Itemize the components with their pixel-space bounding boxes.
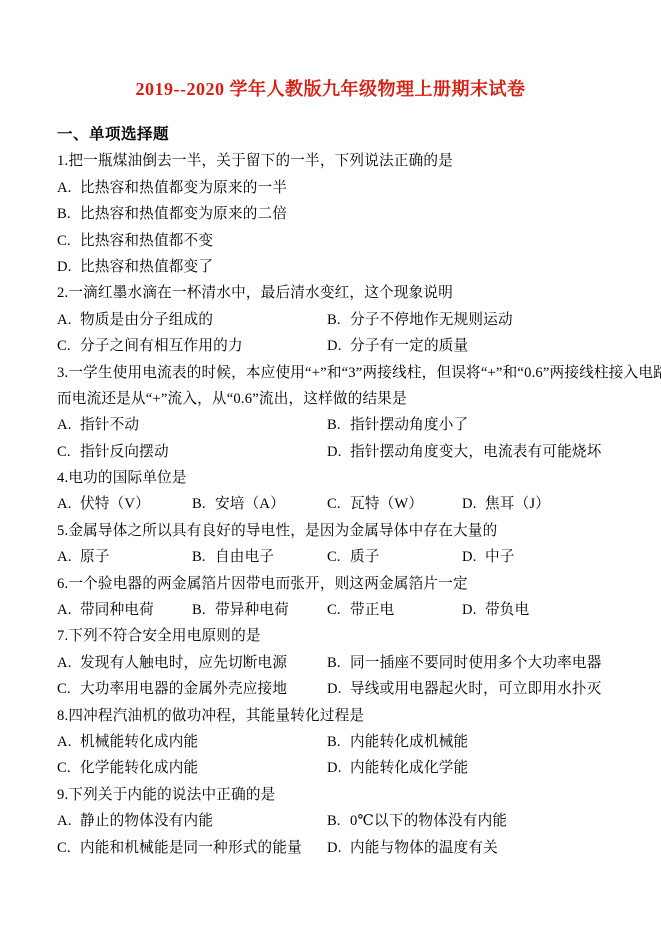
option-text: 瓦特（W） (350, 491, 423, 517)
option-letter: A. (57, 491, 80, 517)
section-heading: 一、单项选择题 (57, 122, 620, 148)
option-text: 化学能转化成内能 (80, 755, 198, 781)
question-text: 而电流还是从“+”流入，从“0.6”流出，这样做的结果是 (57, 386, 620, 412)
option-text: 大功率用电器的金属外壳应接地 (80, 676, 287, 702)
option: D.内能转化成化学能 (327, 755, 620, 781)
option: B.指针摆动角度小了 (327, 412, 620, 438)
option-text: 伏特（V） (80, 491, 150, 517)
option: C.内能和机械能是同一种形式的能量 (57, 835, 327, 861)
option: D.中子 (462, 544, 620, 570)
option-text: 比热容和热值都变为原来的一半 (80, 175, 287, 201)
question-text: 9.下列关于内能的说法中正确的是 (57, 782, 620, 808)
option: C.带正电 (327, 597, 462, 623)
option: A.带同种电荷 (57, 597, 192, 623)
option-letter: C. (57, 439, 80, 465)
option-letter: C. (327, 544, 350, 570)
question-text: 4.电功的国际单位是 (57, 465, 620, 491)
option: D.指针摆动角度变大，电流表有可能烧坏 (327, 439, 620, 465)
option-letter: C. (57, 835, 80, 861)
option: D.带负电 (462, 597, 620, 623)
option-letter: B. (192, 597, 215, 623)
question-block: 6.一个验电器的两金属箔片因带电而张开，则这两金属箔片一定A.带同种电荷B.带异… (57, 571, 620, 624)
option: B.分子不停地作无规则运动 (327, 307, 620, 333)
option-text: 内能转化成化学能 (350, 755, 468, 781)
question-text: 5.金属导体之所以具有良好的导电性，是因为金属导体中存在大量的 (57, 518, 620, 544)
question-block: 4.电功的国际单位是A.伏特（V）B.安培（A）C.瓦特（W）D.焦耳（J） (57, 465, 620, 518)
option-text: 比热容和热值都变了 (80, 254, 213, 280)
option-letter: B. (192, 491, 215, 517)
option: D.导线或用电器起火时，可立即用水扑灭 (327, 676, 620, 702)
option-letter: C. (57, 333, 80, 359)
option: A.机械能转化成内能 (57, 729, 327, 755)
option-row: A.比热容和热值都变为原来的一半 (57, 175, 620, 201)
question-block: 2.一滴红墨水滴在一杯清水中，最后清水变红，这个现象说明A.物质是由分子组成的B… (57, 280, 620, 359)
option-text: 指针反向摆动 (80, 439, 169, 465)
option: D.比热容和热值都变了 (57, 254, 620, 280)
option: A.指针不动 (57, 412, 327, 438)
option-text: 分子之间有相互作用的力 (80, 333, 243, 359)
option-row: C.大功率用电器的金属外壳应接地D.导线或用电器起火时，可立即用水扑灭 (57, 676, 620, 702)
option: A.比热容和热值都变为原来的一半 (57, 175, 620, 201)
page-title: 2019--2020 学年人教版九年级物理上册期末试卷 (41, 76, 620, 102)
option-letter: A. (57, 597, 80, 623)
option-text: 0℃以下的物体没有内能 (350, 808, 507, 834)
option-letter: D. (327, 333, 350, 359)
question-text: 6.一个验电器的两金属箔片因带电而张开，则这两金属箔片一定 (57, 571, 620, 597)
option-text: 指针摆动角度小了 (350, 412, 468, 438)
option-text: 发现有人触电时，应先切断电源 (80, 650, 287, 676)
option-letter: B. (327, 650, 350, 676)
option: C.质子 (327, 544, 462, 570)
option-letter: A. (57, 175, 80, 201)
question-block: 5.金属导体之所以具有良好的导电性，是因为金属导体中存在大量的A.原子B.自由电… (57, 518, 620, 571)
option-letter: D. (327, 439, 350, 465)
option-text: 指针摆动角度变大，电流表有可能烧坏 (350, 439, 602, 465)
option: B.比热容和热值都变为原来的二倍 (57, 201, 620, 227)
option-letter: A. (57, 650, 80, 676)
option: A.原子 (57, 544, 192, 570)
option-text: 内能转化成机械能 (350, 729, 468, 755)
option-letter: A. (57, 307, 80, 333)
option-text: 指针不动 (80, 412, 139, 438)
option-row: C.内能和机械能是同一种形式的能量D.内能与物体的温度有关 (57, 835, 620, 861)
option-letter: B. (327, 307, 350, 333)
option-text: 分子有一定的质量 (350, 333, 468, 359)
option-row: B.比热容和热值都变为原来的二倍 (57, 201, 620, 227)
option: A.物质是由分子组成的 (57, 307, 327, 333)
option-row: C.化学能转化成内能D.内能转化成化学能 (57, 755, 620, 781)
question-block: 1.把一瓶煤油倒去一半，关于留下的一半，下列说法正确的是A.比热容和热值都变为原… (57, 148, 620, 280)
option-row: A.静止的物体没有内能B.0℃以下的物体没有内能 (57, 808, 620, 834)
option: B.安培（A） (192, 491, 327, 517)
option-text: 自由电子 (215, 544, 274, 570)
option: C.化学能转化成内能 (57, 755, 327, 781)
option-row: C.比热容和热值都不变 (57, 228, 620, 254)
option-letter: B. (192, 544, 215, 570)
option: A.发现有人触电时，应先切断电源 (57, 650, 327, 676)
option-text: 带正电 (350, 597, 394, 623)
exam-document-page: 2019--2020 学年人教版九年级物理上册期末试卷 一、单项选择题 1.把一… (0, 0, 661, 935)
option-letter: D. (462, 597, 485, 623)
option: B.自由电子 (192, 544, 327, 570)
option-row: A.带同种电荷B.带异种电荷C.带正电D.带负电 (57, 597, 620, 623)
option-letter: D. (57, 254, 80, 280)
option: C.分子之间有相互作用的力 (57, 333, 327, 359)
option-text: 物质是由分子组成的 (80, 307, 213, 333)
option-letter: B. (327, 412, 350, 438)
option-row: D.比热容和热值都变了 (57, 254, 620, 280)
option-text: 带同种电荷 (80, 597, 154, 623)
option: B.0℃以下的物体没有内能 (327, 808, 620, 834)
option: C.瓦特（W） (327, 491, 462, 517)
option-letter: A. (57, 808, 80, 834)
question-text: 8.四冲程汽油机的做功冲程，其能量转化过程是 (57, 703, 620, 729)
option-text: 带异种电荷 (215, 597, 289, 623)
option-text: 机械能转化成内能 (80, 729, 198, 755)
question-block: 3.一学生使用电流表的时候，本应使用“+”和“3”两接线柱，但误将“+”和“0.… (57, 360, 620, 466)
option-text: 质子 (350, 544, 380, 570)
option: D.分子有一定的质量 (327, 333, 620, 359)
option-letter: D. (462, 491, 485, 517)
option-letter: B. (57, 201, 80, 227)
option: A.伏特（V） (57, 491, 192, 517)
option-text: 焦耳（J） (485, 491, 550, 517)
option-row: A.物质是由分子组成的B.分子不停地作无规则运动 (57, 307, 620, 333)
option: C.大功率用电器的金属外壳应接地 (57, 676, 327, 702)
option-text: 静止的物体没有内能 (80, 808, 213, 834)
option-text: 带负电 (485, 597, 529, 623)
option-letter: D. (327, 676, 350, 702)
question-block: 9.下列关于内能的说法中正确的是A.静止的物体没有内能B.0℃以下的物体没有内能… (57, 782, 620, 861)
option-row: A.发现有人触电时，应先切断电源B.同一插座不要同时使用多个大功率电器 (57, 650, 620, 676)
option-letter: C. (57, 228, 80, 254)
question-text: 2.一滴红墨水滴在一杯清水中，最后清水变红，这个现象说明 (57, 280, 620, 306)
option-letter: C. (57, 676, 80, 702)
option-letter: C. (327, 491, 350, 517)
question-text: 7.下列不符合安全用电原则的是 (57, 623, 620, 649)
option-text: 导线或用电器起火时，可立即用水扑灭 (350, 676, 602, 702)
option-text: 分子不停地作无规则运动 (350, 307, 513, 333)
question-block: 8.四冲程汽油机的做功冲程，其能量转化过程是A.机械能转化成内能B.内能转化成机… (57, 703, 620, 782)
option-letter: C. (57, 755, 80, 781)
option-letter: B. (327, 729, 350, 755)
option-row: A.机械能转化成内能B.内能转化成机械能 (57, 729, 620, 755)
option: C.指针反向摆动 (57, 439, 327, 465)
option-letter: D. (462, 544, 485, 570)
option-text: 安培（A） (215, 491, 285, 517)
option-text: 原子 (80, 544, 110, 570)
option-text: 比热容和热值都不变 (80, 228, 213, 254)
option-row: A.指针不动B.指针摆动角度小了 (57, 412, 620, 438)
question-list: 1.把一瓶煤油倒去一半，关于留下的一半，下列说法正确的是A.比热容和热值都变为原… (57, 148, 620, 861)
option: D.内能与物体的温度有关 (327, 835, 620, 861)
option-text: 中子 (485, 544, 515, 570)
option: A.静止的物体没有内能 (57, 808, 327, 834)
option: C.比热容和热值都不变 (57, 228, 620, 254)
question-text: 3.一学生使用电流表的时候，本应使用“+”和“3”两接线柱，但误将“+”和“0.… (57, 360, 620, 386)
question-text: 1.把一瓶煤油倒去一半，关于留下的一半，下列说法正确的是 (57, 148, 620, 174)
option-letter: D. (327, 755, 350, 781)
option-letter: D. (327, 835, 350, 861)
option-text: 内能和机械能是同一种形式的能量 (80, 835, 302, 861)
option-letter: A. (57, 412, 80, 438)
option-text: 比热容和热值都变为原来的二倍 (80, 201, 287, 227)
option: B.带异种电荷 (192, 597, 327, 623)
option-letter: B. (327, 808, 350, 834)
option-letter: C. (327, 597, 350, 623)
option-row: C.指针反向摆动D.指针摆动角度变大，电流表有可能烧坏 (57, 439, 620, 465)
option-letter: A. (57, 729, 80, 755)
option: B.同一插座不要同时使用多个大功率电器 (327, 650, 620, 676)
option-row: A.伏特（V）B.安培（A）C.瓦特（W）D.焦耳（J） (57, 491, 620, 517)
option: D.焦耳（J） (462, 491, 620, 517)
option-text: 同一插座不要同时使用多个大功率电器 (350, 650, 602, 676)
option-row: C.分子之间有相互作用的力D.分子有一定的质量 (57, 333, 620, 359)
option-row: A.原子B.自由电子C.质子D.中子 (57, 544, 620, 570)
option-letter: A. (57, 544, 80, 570)
option: B.内能转化成机械能 (327, 729, 620, 755)
option-text: 内能与物体的温度有关 (350, 835, 498, 861)
question-block: 7.下列不符合安全用电原则的是A.发现有人触电时，应先切断电源B.同一插座不要同… (57, 623, 620, 702)
